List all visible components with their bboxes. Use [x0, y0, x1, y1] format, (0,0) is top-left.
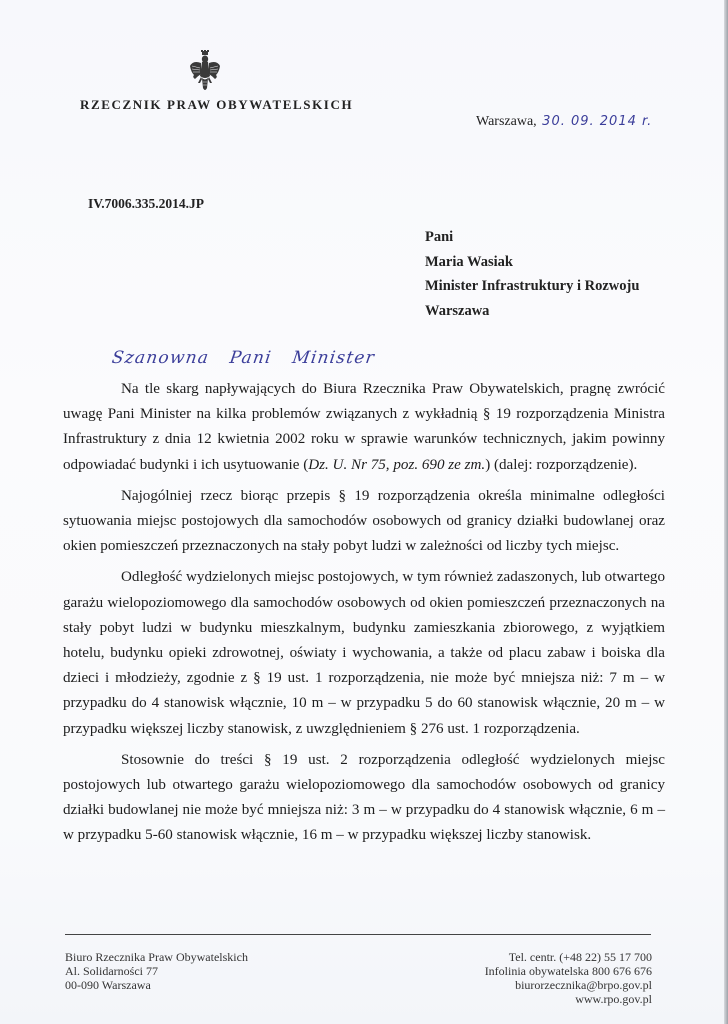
- paragraph-general: Najogólniej rzecz biorąc przepis § 19 ro…: [63, 484, 665, 560]
- reference-number: IV.7006.335.2014.JP: [88, 196, 204, 212]
- paragraph-text: ) (dalej: rozporządzenie).: [485, 457, 637, 473]
- legal-citation: Dz. U. Nr 75, poz. 690 ze zm.: [308, 457, 485, 473]
- addressee-line: Pani: [425, 225, 639, 250]
- organization-name: RZECZNIK PRAW OBYWATELSKICH: [80, 97, 353, 113]
- addressee-line: Maria Wasiak: [425, 250, 639, 275]
- footer-website: www.rpo.gov.pl: [485, 992, 652, 1006]
- footer-email: biurorzecznika@brpo.gov.pl: [485, 978, 652, 992]
- footer-divider: [65, 934, 651, 935]
- addressee-block: Pani Maria Wasiak Minister Infrastruktur…: [425, 225, 639, 323]
- page-edge-shadow: [724, 0, 728, 1024]
- paragraph-section-1: Odległość wydzielonych miejsc postojowyc…: [63, 565, 665, 741]
- place-and-date: Warszawa, 30. 09. 2014 r.: [476, 114, 652, 130]
- handwritten-date: 30. 09. 2014 r.: [542, 114, 652, 129]
- place-label: Warszawa,: [476, 114, 537, 129]
- footer-address-line: Biuro Rzecznika Praw Obywatelskich: [65, 950, 248, 964]
- letter-body: Na tle skarg napływających do Biura Rzec…: [63, 377, 665, 855]
- paragraph-section-2: Stosownie do treści § 19 ust. 2 rozporzą…: [63, 748, 665, 849]
- polish-eagle-emblem-icon: [189, 50, 221, 92]
- footer-address-line: Al. Solidarności 77: [65, 964, 248, 978]
- addressee-line: Warszawa: [425, 299, 639, 324]
- footer-hotline: Infolinia obywatelska 800 676 676: [485, 964, 652, 978]
- footer-contact: Tel. centr. (+48 22) 55 17 700 Infolinia…: [485, 950, 652, 1006]
- paragraph-intro: Na tle skarg napływających do Biura Rzec…: [63, 377, 665, 478]
- footer-address: Biuro Rzecznika Praw Obywatelskich Al. S…: [65, 950, 248, 992]
- footer-phone: Tel. centr. (+48 22) 55 17 700: [485, 950, 652, 964]
- footer-address-line: 00-090 Warszawa: [65, 978, 248, 992]
- addressee-line: Minister Infrastruktury i Rozwoju: [425, 274, 639, 299]
- handwritten-salutation: Szanowna Pani Minister: [111, 348, 377, 368]
